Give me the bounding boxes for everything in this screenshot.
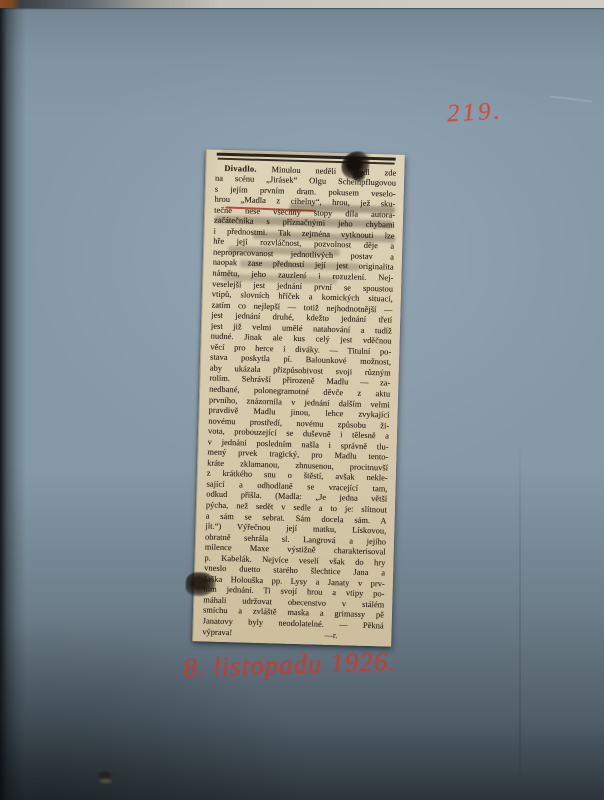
scan-frame: 219. Divadlo. Minulou neděli uvedl zde n… [0, 0, 604, 800]
article-signature: —r. [324, 630, 383, 642]
article-lines: na scénu „Jirásek“ Olgu Scheinpflugovous… [203, 174, 397, 632]
article-last-words: výprava! [202, 627, 232, 638]
page-number-annotation: 219. [446, 98, 503, 129]
paper-scratch [550, 95, 592, 102]
paper-speck-smear [100, 779, 112, 783]
paper-crease [519, 430, 521, 800]
scrapbook-page: 219. Divadlo. Minulou neděli uvedl zde n… [0, 0, 604, 800]
page-top-edge [0, 0, 604, 8]
date-annotation: 8. listopadu 1926. [183, 645, 424, 684]
newspaper-clipping: Divadlo. Minulou neděli uvedl zde na scé… [192, 149, 405, 646]
article-lead-word: Divadlo. [224, 163, 257, 173]
paper-speck [98, 771, 112, 779]
